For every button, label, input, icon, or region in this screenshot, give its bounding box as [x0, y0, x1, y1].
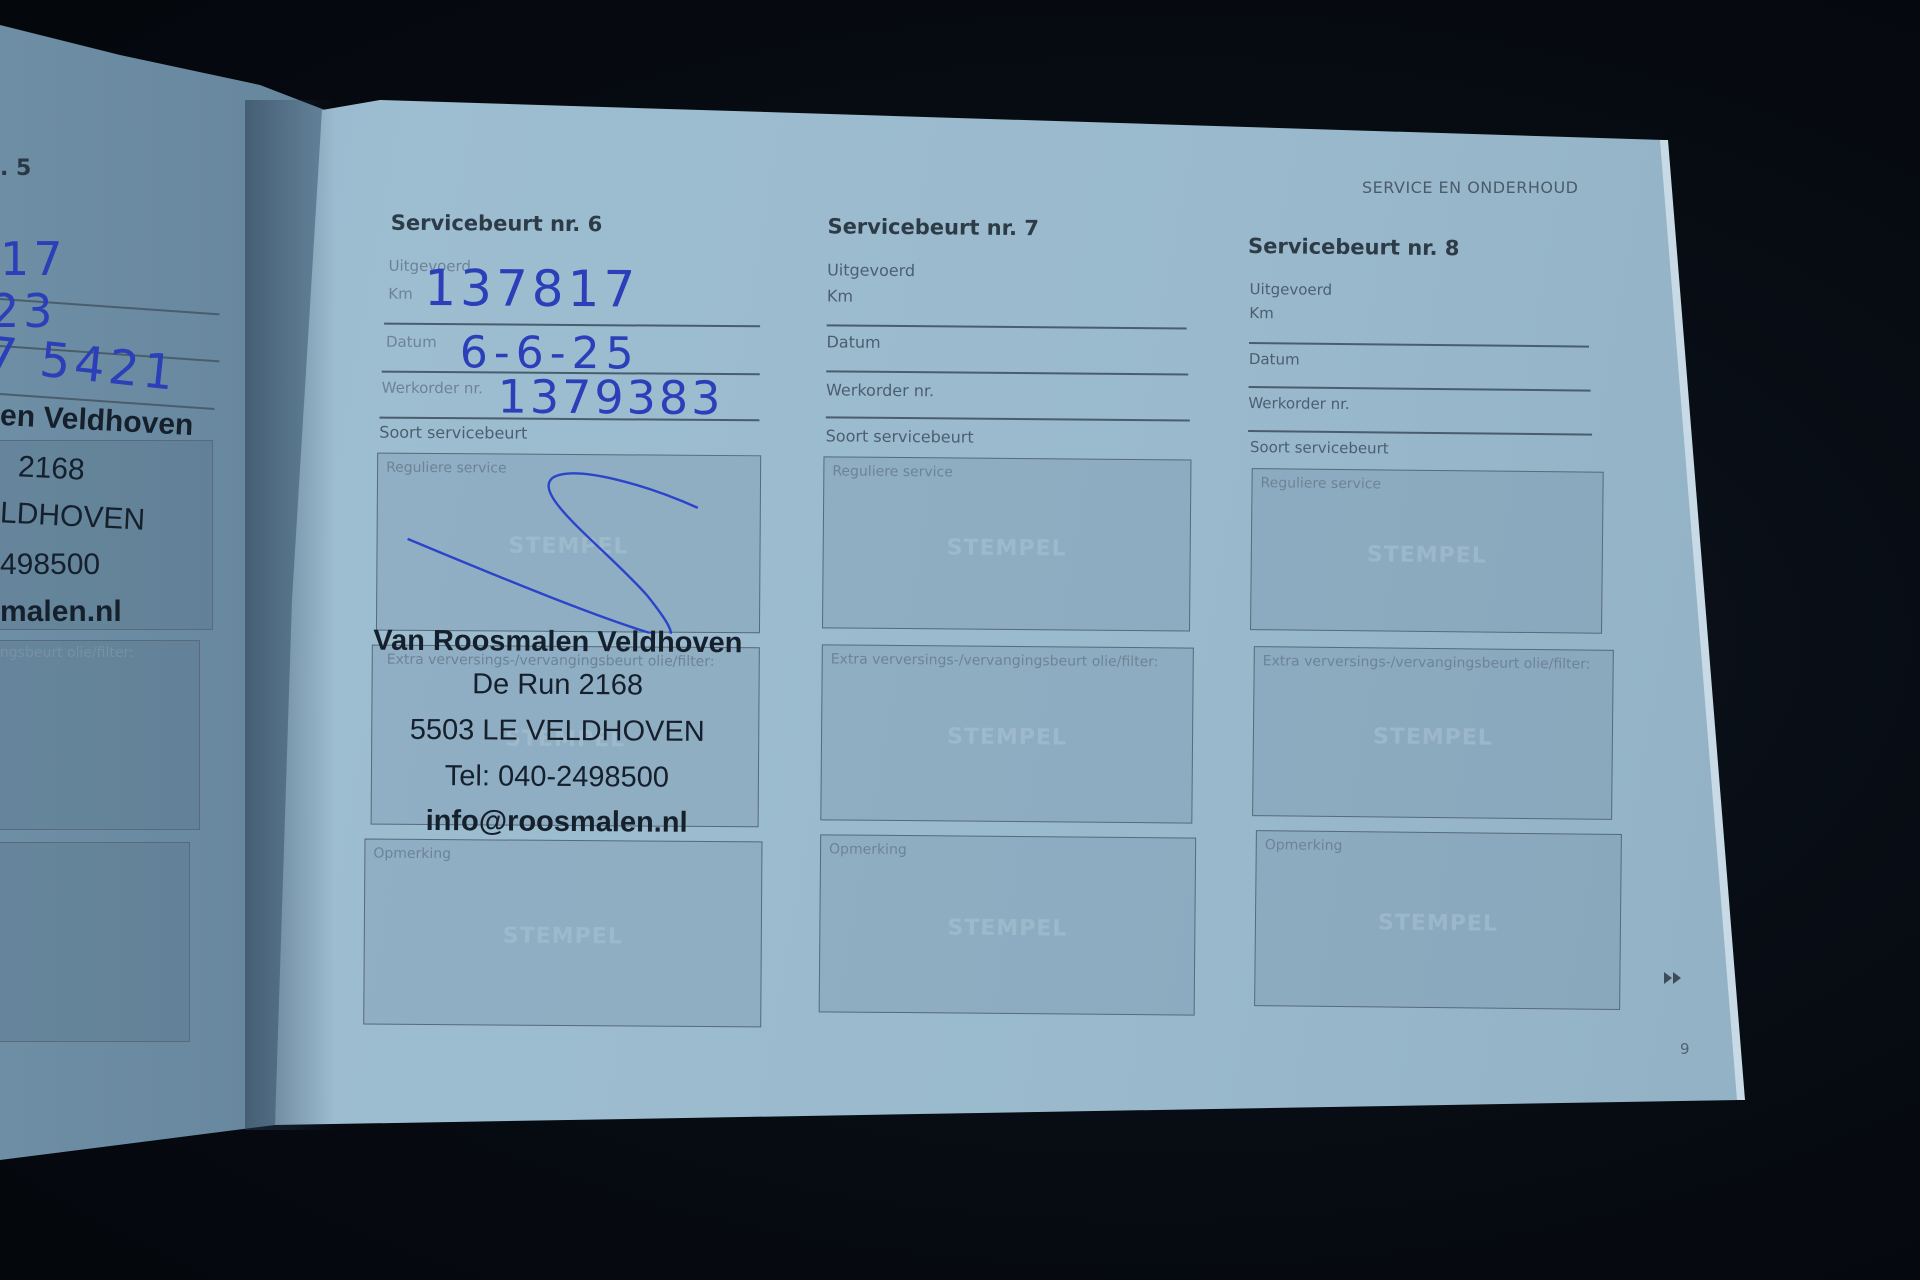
service-7-remark-watermark: STEMPEL — [820, 915, 1194, 943]
service-7-extra-watermark: STEMPEL — [822, 724, 1192, 752]
service-8-remark-watermark: STEMPEL — [1256, 909, 1620, 938]
service-6-km-value: 137817 — [424, 259, 639, 318]
service-7-km-rule — [827, 324, 1187, 329]
next-page-icon — [1664, 970, 1684, 989]
left-werkorder-handwriting: 7 5421 — [0, 326, 180, 402]
signature-icon — [377, 454, 762, 635]
left-remark-box — [0, 842, 190, 1042]
service-7-extra-box: Extra verversings-/vervangingsbeurt olie… — [820, 644, 1194, 823]
service-6-regular-box: Reguliere service STEMPEL — [376, 453, 761, 634]
service-8-extra-watermark: STEMPEL — [1254, 723, 1612, 752]
left-stamp-line-2: 2168 — [17, 450, 85, 487]
service-6-remark-watermark: STEMPEL — [365, 922, 761, 950]
service-column-8: Servicebeurt nr. 8 Uitgevoerd Km Datum W… — [1236, 232, 1634, 1036]
service-8-datum-label: Datum — [1249, 350, 1300, 369]
dealer-stamp-email: info@roosmalen.nl — [346, 798, 766, 845]
service-7-uitgevoerd-label: Uitgevoerd — [827, 260, 915, 280]
service-8-werkorder-label: Werkorder nr. — [1248, 394, 1350, 413]
service-6-title: Servicebeurt nr. 6 — [391, 211, 603, 236]
dealer-stamp-city: 5503 LE VELDHOVEN — [347, 706, 767, 755]
service-8-remark-label: Opmerking — [1265, 837, 1343, 854]
service-8-title: Servicebeurt nr. 8 — [1248, 234, 1460, 260]
service-8-regular-box: Reguliere service STEMPEL — [1250, 468, 1604, 634]
service-column-7: Servicebeurt nr. 7 Uitgevoerd Km Datum W… — [814, 212, 1211, 1045]
service-7-title: Servicebeurt nr. 7 — [827, 214, 1039, 240]
left-stamp-line-5: malen.nl — [0, 595, 122, 629]
left-service-title: . 5 — [0, 156, 31, 181]
service-8-regular-label: Reguliere service — [1260, 475, 1381, 492]
service-8-remark-box: Opmerking STEMPEL — [1254, 830, 1622, 1010]
service-8-extra-label: Extra verversings-/vervangingsbeurt olie… — [1263, 653, 1591, 672]
service-8-regular-watermark: STEMPEL — [1252, 541, 1602, 570]
service-7-regular-label: Reguliere service — [832, 463, 953, 480]
dealer-stamp-phone: Tel: 040-2498500 — [347, 752, 767, 801]
service-8-km-rule — [1249, 342, 1589, 347]
left-extra-box: ingsbeurt olie/filter: — [0, 640, 200, 830]
service-6-km-label: Km — [388, 285, 413, 303]
dealer-stamp-street: De Run 2168 — [347, 660, 767, 709]
service-7-regular-watermark: STEMPEL — [824, 534, 1190, 562]
service-7-remark-label: Opmerking — [829, 841, 907, 858]
service-column-6: Servicebeurt nr. 6 Uitgevoerd Km 137817 … — [369, 209, 775, 1042]
dealer-stamp: Van Roosmalen Veldhoven De Run 2168 5503… — [346, 620, 768, 845]
service-8-werkorder-rule — [1248, 430, 1592, 435]
service-7-werkorder-label: Werkorder nr. — [826, 380, 934, 400]
section-header: SERVICE EN ONDERHOUD — [1362, 178, 1578, 197]
service-8-datum-rule — [1249, 386, 1591, 391]
left-km-handwriting: 17 — [0, 232, 67, 286]
service-7-werkorder-rule — [826, 416, 1190, 421]
service-6-km-rule — [384, 323, 760, 327]
service-6-soort-label: Soort servicebeurt — [379, 423, 527, 443]
service-7-datum-label: Datum — [826, 332, 880, 351]
service-6-werkorder-value: 1379383 — [497, 369, 723, 425]
service-7-extra-label: Extra verversings-/vervangingsbeurt olie… — [831, 651, 1159, 670]
service-7-soort-label: Soort servicebeurt — [826, 426, 974, 446]
service-7-km-label: Km — [827, 286, 853, 305]
service-6-datum-label: Datum — [386, 333, 437, 351]
left-stamp-line-4: 498500 — [0, 548, 100, 582]
left-extra-box-label: ingsbeurt olie/filter: — [0, 645, 134, 661]
service-8-km-label: Km — [1249, 304, 1274, 322]
service-8-soort-label: Soort servicebeurt — [1250, 438, 1389, 457]
service-8-extra-box: Extra verversings-/vervangingsbeurt olie… — [1252, 646, 1614, 820]
service-6-remark-box: Opmerking STEMPEL — [363, 839, 762, 1028]
dealer-stamp-name: Van Roosmalen Veldhoven — [348, 620, 768, 663]
service-7-datum-rule — [826, 370, 1188, 375]
service-7-remark-box: Opmerking STEMPEL — [819, 834, 1197, 1015]
service-8-uitgevoerd-label: Uitgevoerd — [1250, 280, 1333, 299]
page-number: 9 — [1680, 1040, 1690, 1058]
service-6-werkorder-label: Werkorder nr. — [382, 379, 483, 398]
service-6-remark-label: Opmerking — [373, 846, 451, 863]
service-7-regular-box: Reguliere service STEMPEL — [822, 456, 1191, 631]
